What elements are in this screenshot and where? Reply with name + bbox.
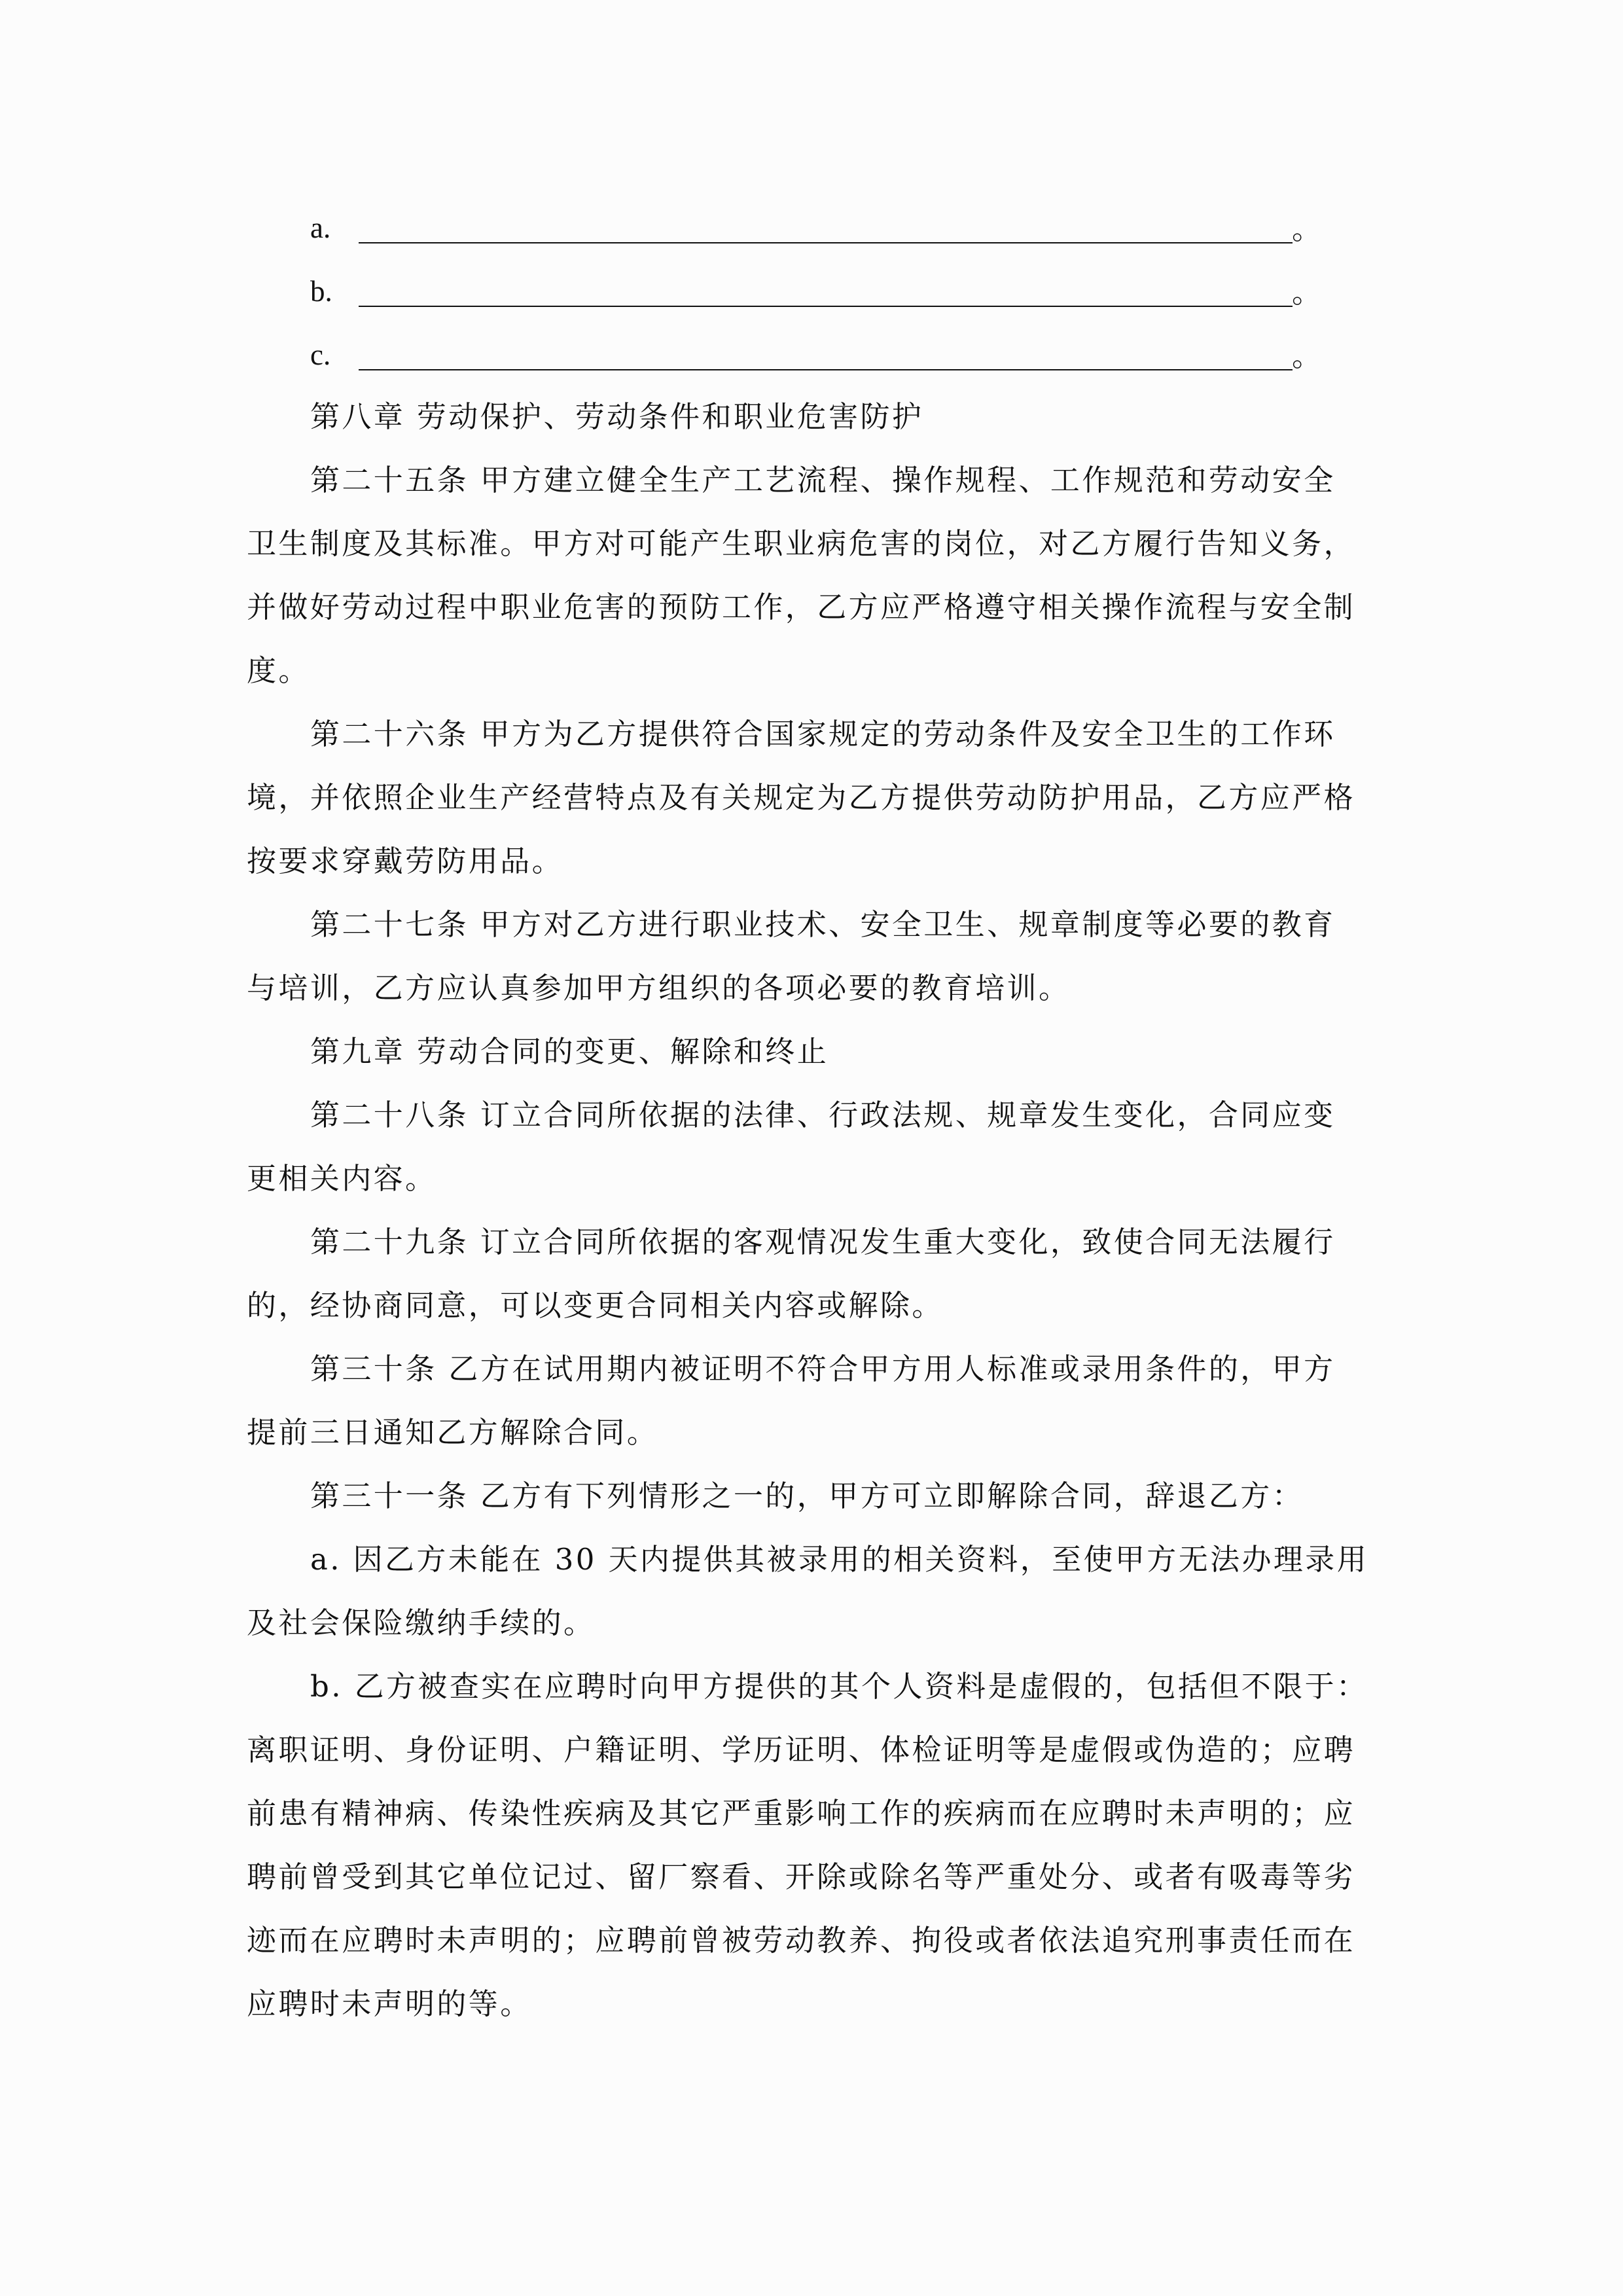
fill-in-blank-line[interactable]: [359, 306, 1293, 307]
blank-item-a: a. 。: [310, 208, 1331, 247]
article-25-line: 第二十五条 甲方建立健全生产工艺流程、操作规程、工作规范和劳动安全: [310, 461, 1379, 524]
article-30-line: 提前三日通知乙方解除合同。: [247, 1413, 1379, 1477]
article-29-line: 第二十九条 订立合同所依据的客观情况发生重大变化，致使合同无法履行: [310, 1223, 1379, 1286]
article-31-item-b: 聘前曾受到其它单位记过、留厂察看、开除或除名等严重处分、或者有吸毒等劣: [247, 1857, 1379, 1921]
article-28-line: 更相关内容。: [247, 1159, 1379, 1223]
article-27-line: 与培训，乙方应认真参加甲方组织的各项必要的教育培训。: [247, 969, 1379, 1032]
article-25-line: 卫生制度及其标准。甲方对可能产生职业病危害的岗位，对乙方履行告知义务，: [247, 524, 1379, 588]
fill-in-blank-line[interactable]: [359, 369, 1293, 370]
article-29-line: 的，经协商同意，可以变更合同相关内容或解除。: [247, 1286, 1379, 1350]
article-30-line: 第三十条 乙方在试用期内被证明不符合甲方用人标准或录用条件的，甲方: [310, 1350, 1379, 1413]
article-26-line: 第二十六条 甲方为乙方提供符合国家规定的劳动条件及安全卫生的工作环: [310, 715, 1379, 778]
blank-item-period: 。: [1292, 336, 1321, 376]
chapter-9-heading: 第九章 劳动合同的变更、解除和终止: [310, 1032, 1379, 1096]
article-31-item-a: 及社会保险缴纳手续的。: [247, 1604, 1379, 1667]
article-31-item-b: 前患有精神病、传染性疾病及其它严重影响工作的疾病而在应聘时未声明的；应: [247, 1794, 1379, 1857]
article-28-line: 第二十八条 订立合同所依据的法律、行政法规、规章发生变化，合同应变: [310, 1096, 1379, 1159]
article-25-line: 度。: [247, 651, 1379, 715]
blank-item-c: c. 。: [310, 335, 1331, 374]
chapter-8-heading: 第八章 劳动保护、劳动条件和职业危害防护: [310, 397, 1379, 461]
blank-item-b: b. 。: [310, 272, 1331, 311]
article-25-line: 并做好劳动过程中职业危害的预防工作，乙方应严格遵守相关操作流程与安全制: [247, 588, 1379, 651]
article-31-item-a: a. 因乙方未能在 30 天内提供其被录用的相关资料，至使甲方无法办理录用: [310, 1540, 1379, 1604]
blank-item-period: 。: [1292, 273, 1321, 312]
fill-in-blank-line[interactable]: [359, 242, 1293, 243]
article-26-line: 按要求穿戴劳防用品。: [247, 842, 1379, 905]
blank-item-period: 。: [1292, 209, 1321, 249]
article-27-line: 第二十七条 甲方对乙方进行职业技术、安全卫生、规章制度等必要的教育: [310, 905, 1379, 969]
article-31-item-b: 应聘时未声明的等。: [247, 1984, 1379, 2048]
article-31-item-b: b. 乙方被查实在应聘时向甲方提供的其个人资料是虚假的，包括但不限于：: [310, 1667, 1379, 1731]
article-26-line: 境，并依照企业生产经营特点及有关规定为乙方提供劳动防护用品，乙方应严格: [247, 778, 1379, 842]
article-31-line: 第三十一条 乙方有下列情形之一的，甲方可立即解除合同，辞退乙方：: [310, 1477, 1379, 1540]
blank-item-label: b.: [310, 272, 332, 311]
article-31-item-b: 离职证明、身份证明、户籍证明、学历证明、体检证明等是虚假或伪造的；应聘: [247, 1731, 1379, 1794]
document-page: a. 。 b. 。 c. 。 第八章 劳动保护、劳动条件和职业危害防护 第二十五…: [0, 0, 1623, 2296]
blank-item-label: a.: [310, 208, 330, 247]
blank-item-label: c.: [310, 335, 330, 374]
article-31-item-b: 迹而在应聘时未声明的；应聘前曾被劳动教养、拘役或者依法追究刑事责任而在: [247, 1921, 1379, 1984]
